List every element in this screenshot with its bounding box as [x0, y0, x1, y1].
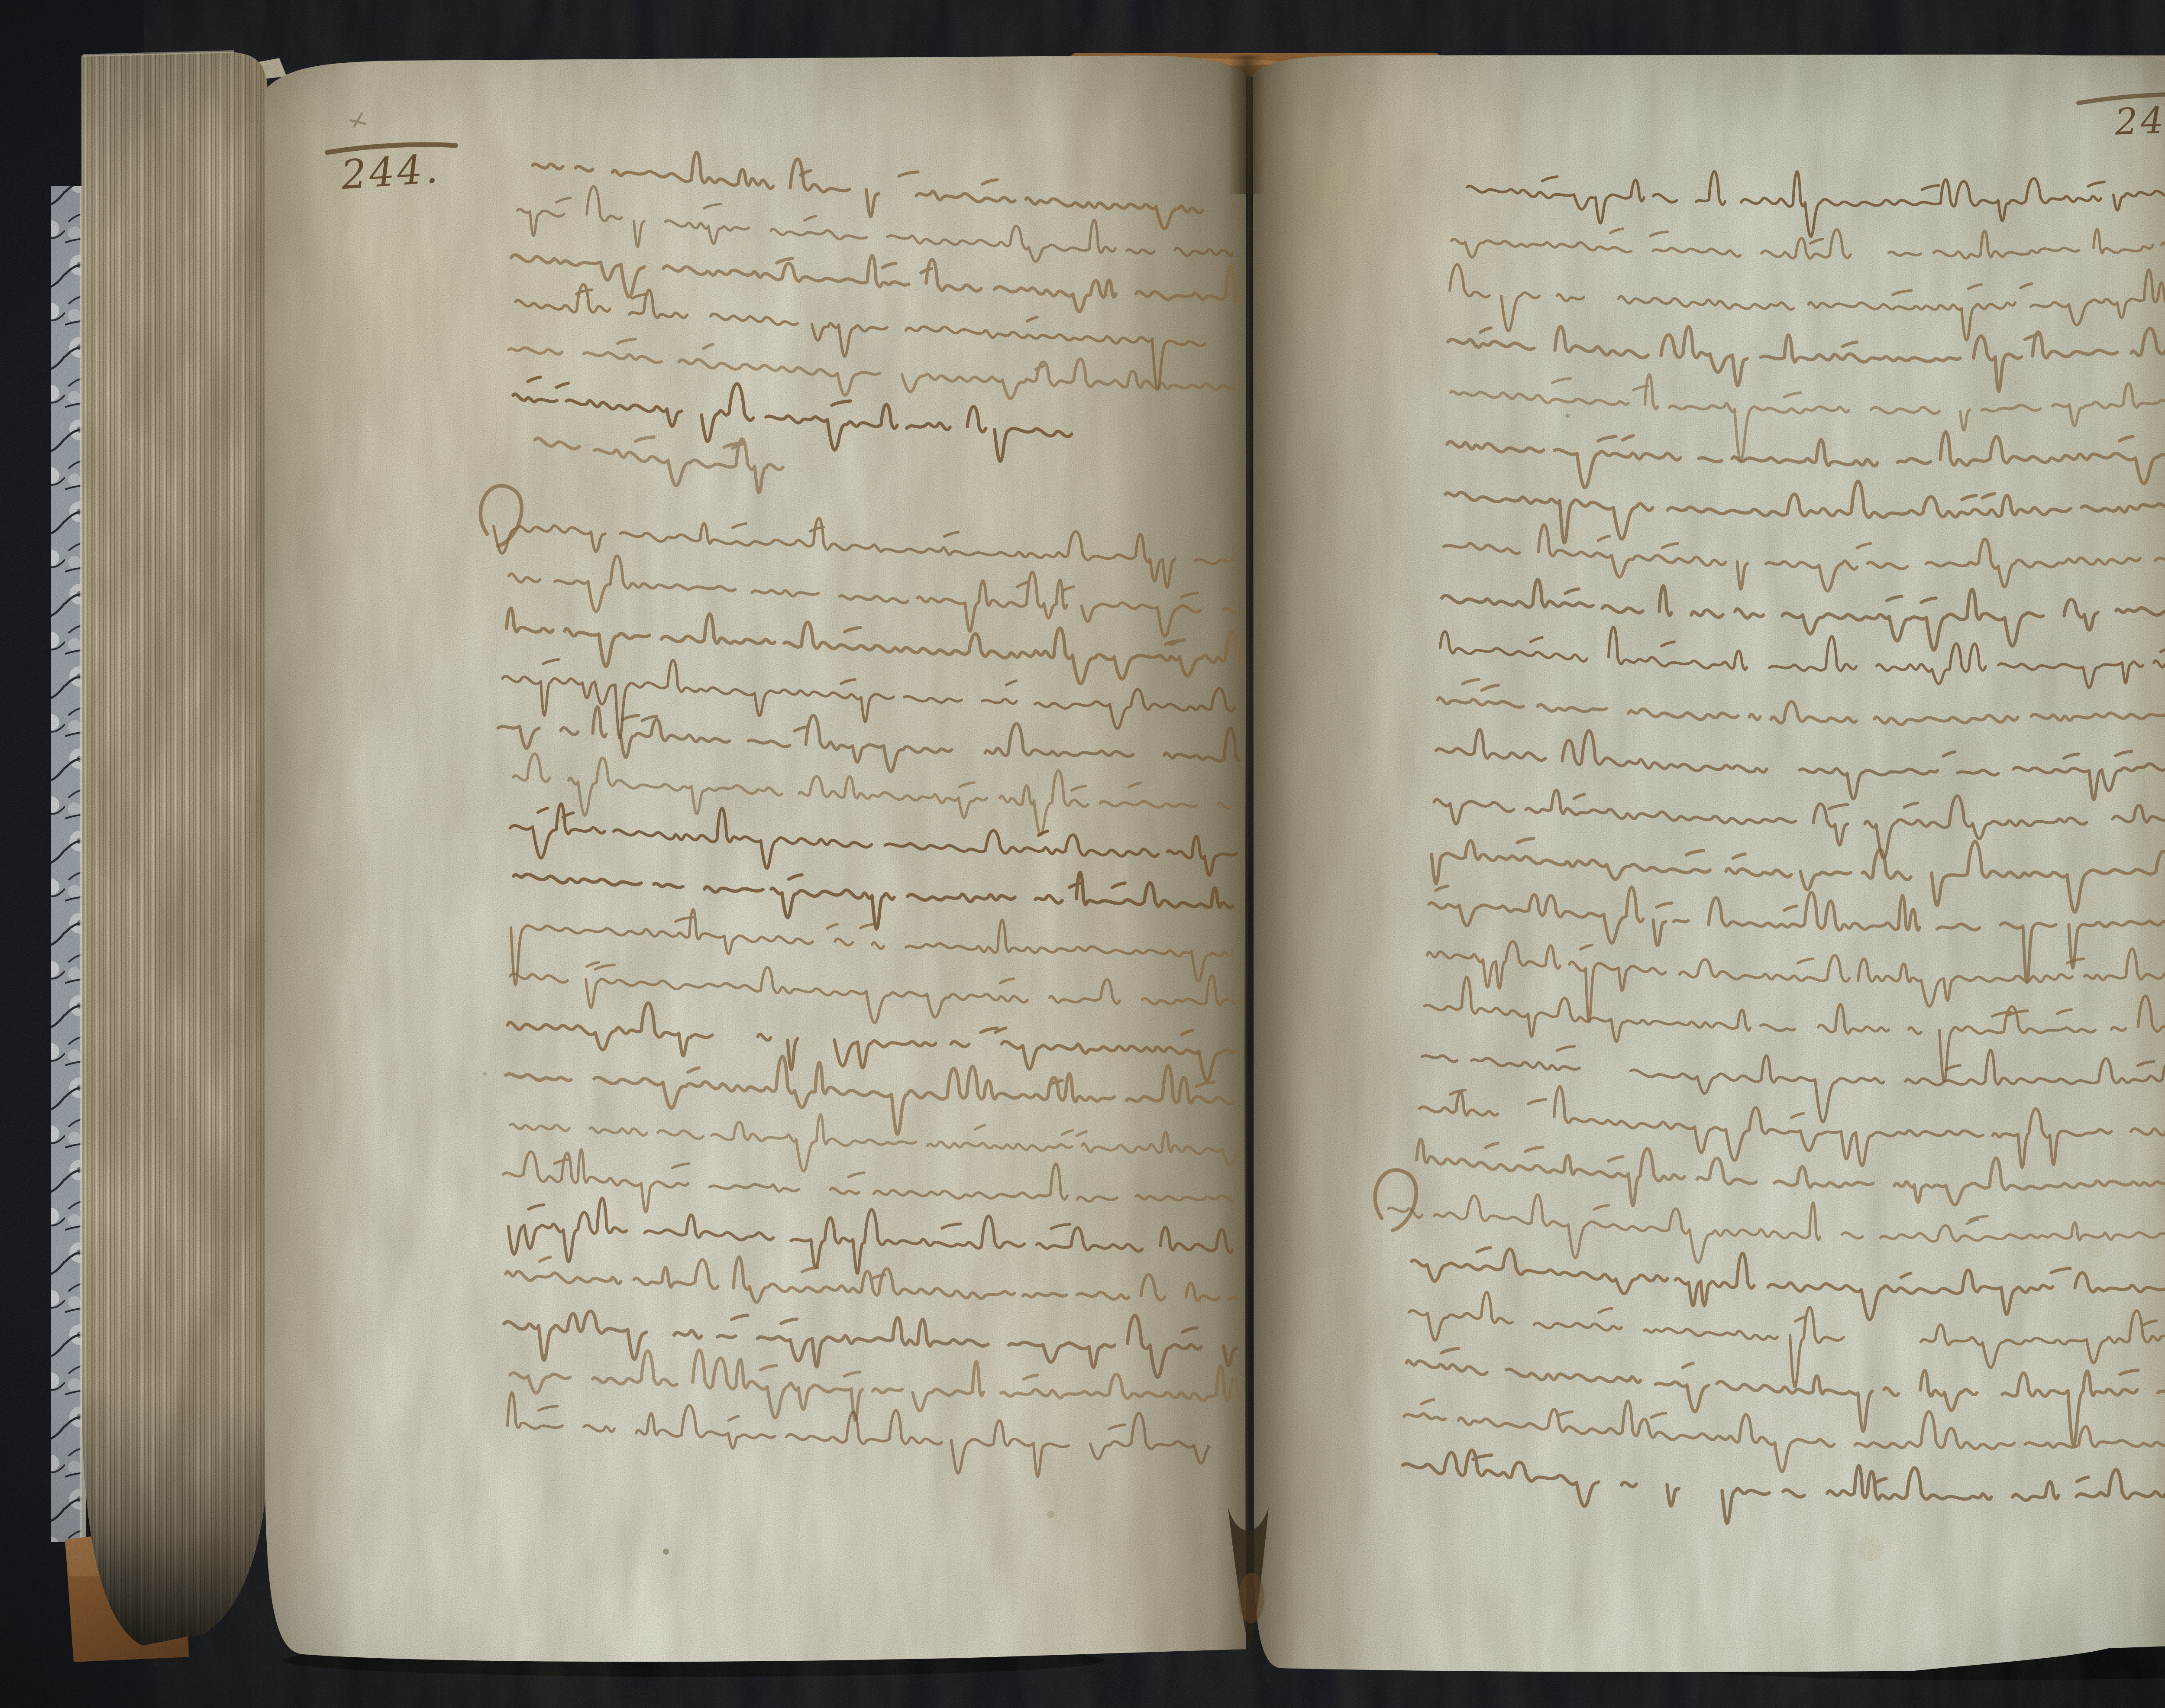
photo-scene: 244. 245.: [0, 0, 2165, 1708]
manuscript-photo: 244. 245.: [0, 0, 2165, 1708]
photo-vignette: [0, 0, 2165, 1708]
